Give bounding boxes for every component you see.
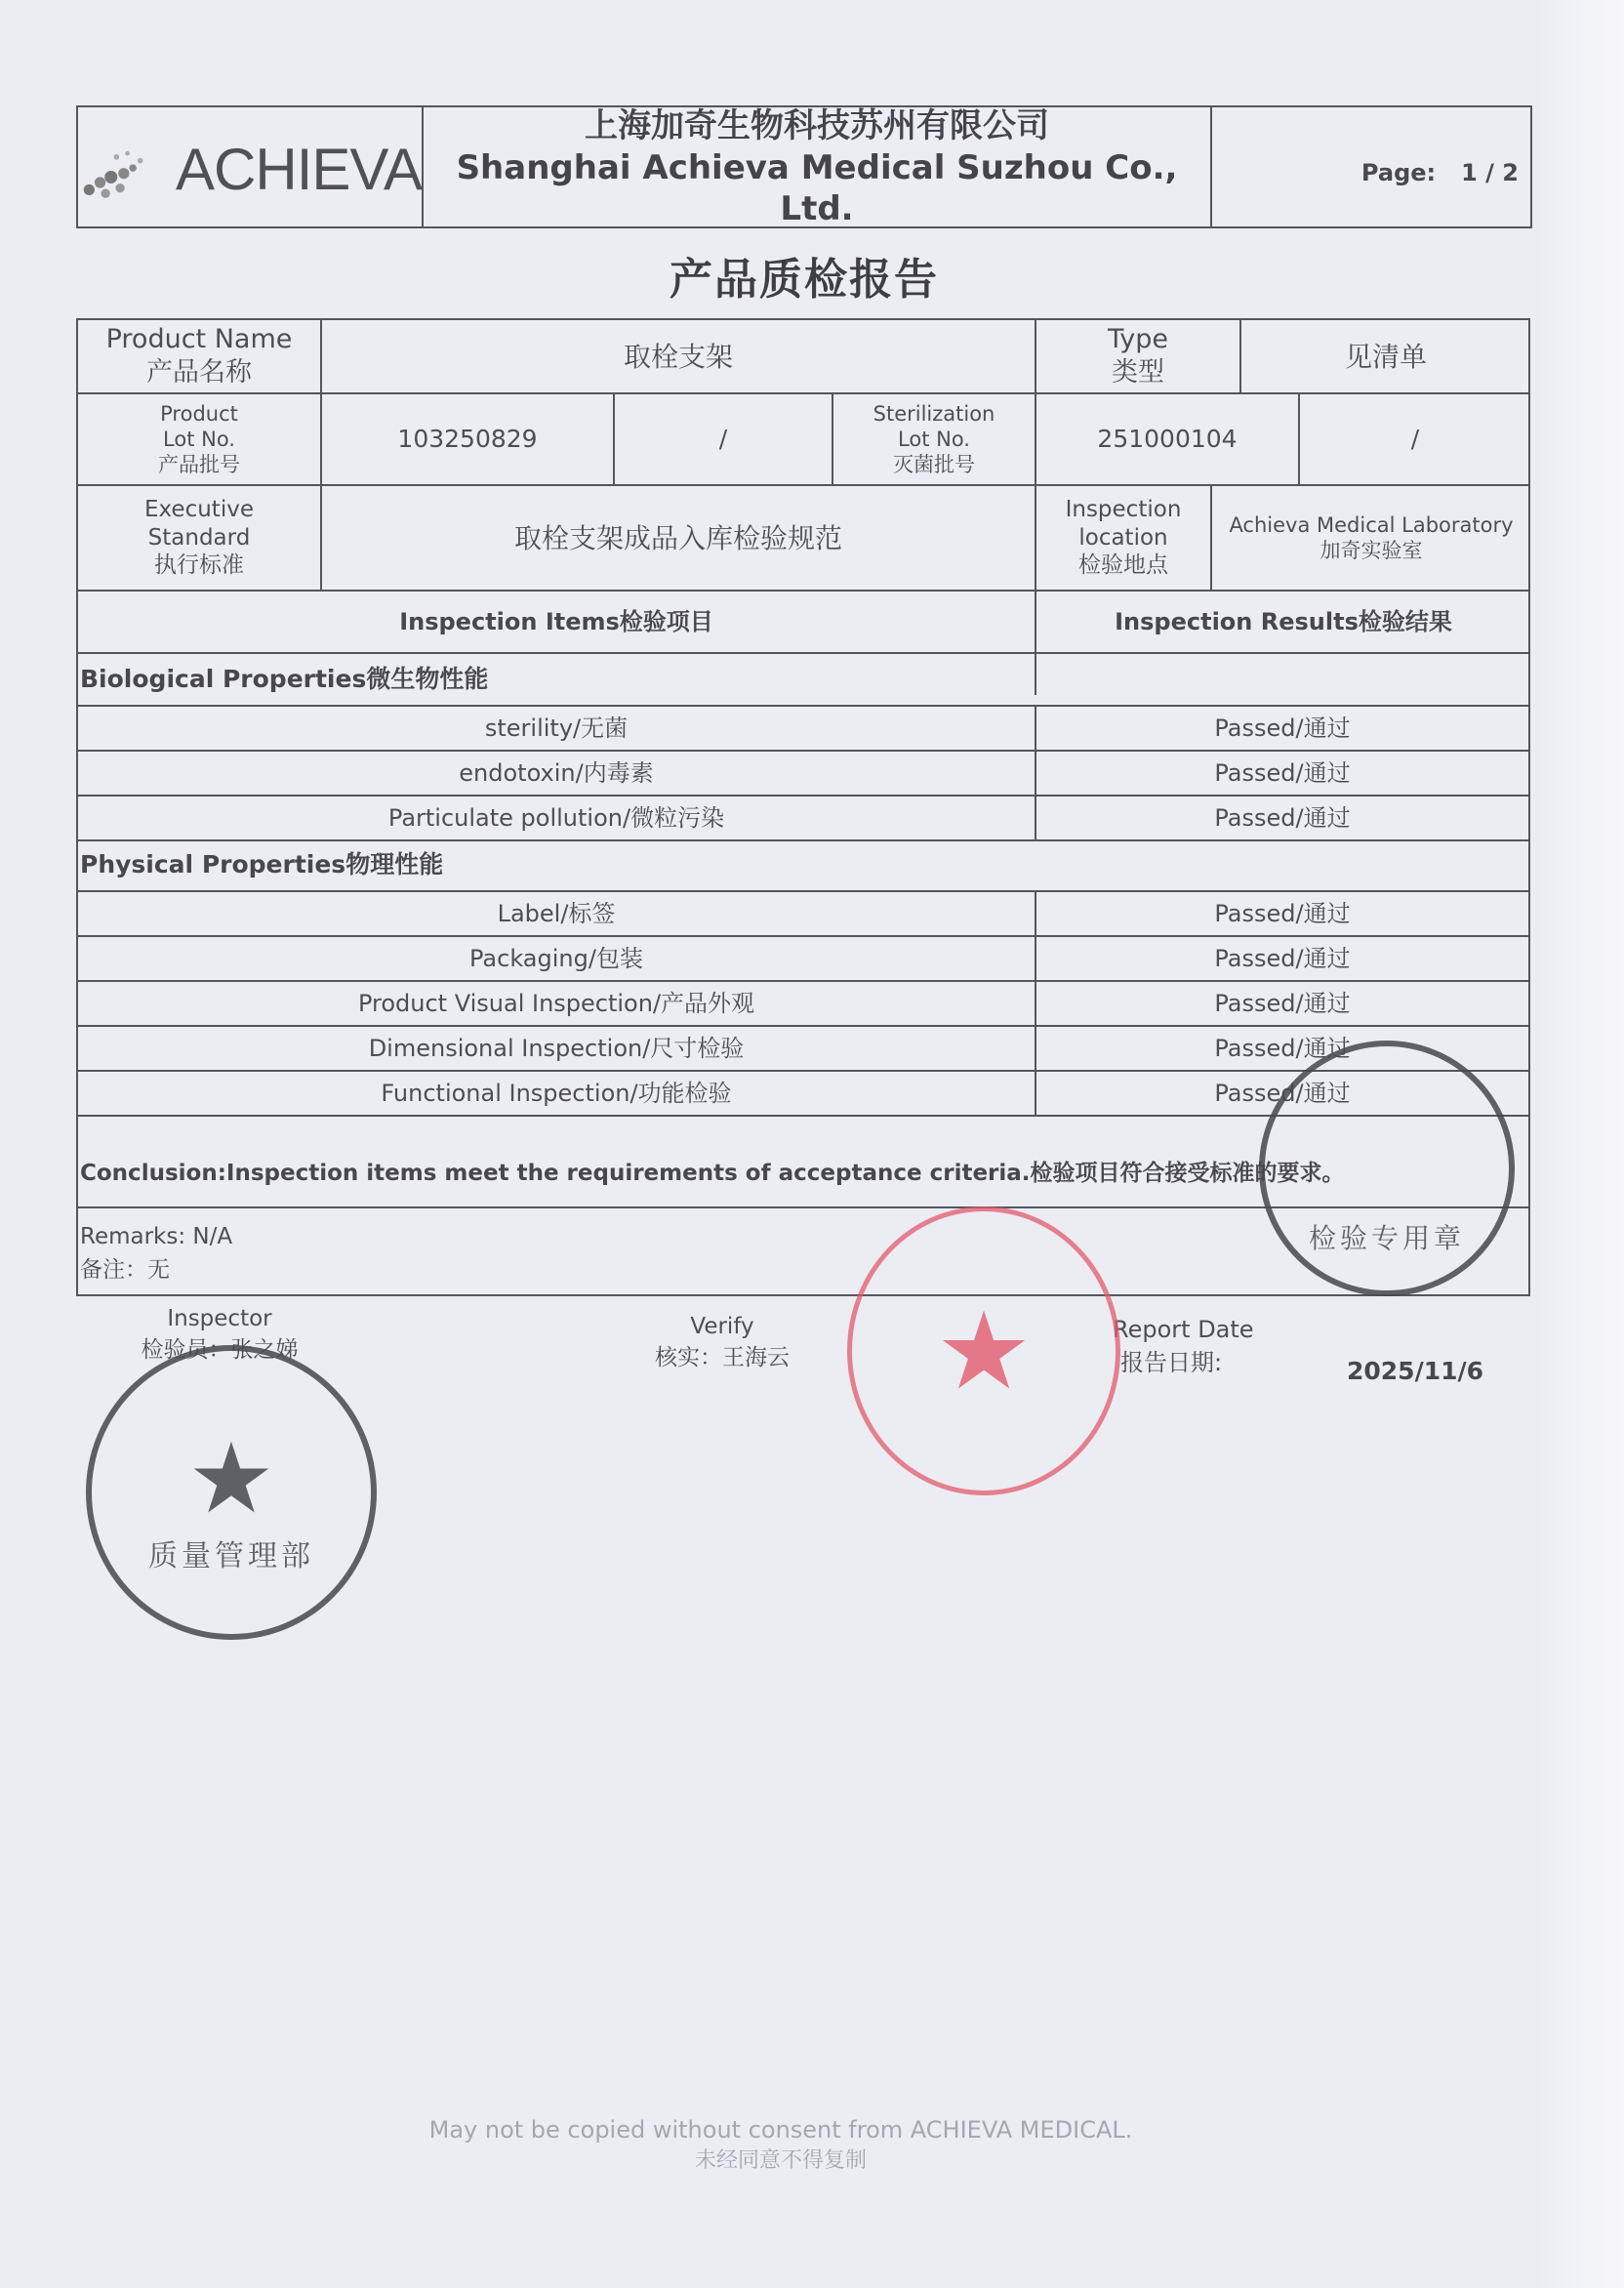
star-icon: ★ (936, 1297, 1033, 1405)
copy-notice-cn: 未经同意不得复制 (695, 2144, 867, 2174)
page-label: Page: (1361, 158, 1436, 187)
label-en: Inspection (1066, 496, 1182, 524)
section-title: Biological Properties微生物性能 (78, 654, 1528, 705)
label-en: location (1078, 524, 1167, 552)
location-en: Achieva Medical Laboratory (1229, 512, 1513, 538)
company-name: 上海加奇生物科技苏州有限公司 Shanghai Achieva Medical … (424, 109, 1210, 226)
inspection-result: Passed/通过 (1036, 797, 1528, 839)
report-date-label: Report Date 报告日期: (1113, 1316, 1254, 1377)
type-label: Type 类型 (1036, 320, 1239, 392)
page-value: 1 / 2 (1461, 158, 1519, 187)
remarks-cn: 备注：无 (80, 1253, 232, 1287)
type-value: 见清单 (1241, 320, 1530, 392)
copy-notice: May not be copied without consent from A… (390, 2116, 1171, 2174)
product-lot-label: Product Lot No. 产品批号 (78, 394, 320, 484)
inspection-item: endotoxin/内毒素 (78, 752, 1035, 795)
sterilization-lot-value: 251000104 (1036, 394, 1298, 484)
inspection-item: sterility/无菌 (78, 707, 1035, 750)
location-cn: 加奇实验室 (1320, 538, 1423, 563)
label-cn: 执行标准 (154, 552, 244, 580)
verify-label: Verify (690, 1314, 753, 1339)
label-en: Type (1108, 323, 1168, 356)
inspection-result: Passed/通过 (1036, 707, 1528, 750)
page-indicator: Page: 1 / 2 (1212, 109, 1530, 226)
inspection-result: Passed/通过 (1036, 982, 1528, 1025)
label-en: Standard (148, 524, 251, 552)
inspection-item: Functional Inspection/功能检验 (78, 1072, 1035, 1115)
label-cn: 灭菌批号 (893, 452, 975, 477)
label-en: Product Name (106, 323, 293, 356)
product-name-label: Product Name 产品名称 (78, 320, 320, 392)
inspection-result: Passed/通过 (1036, 937, 1528, 980)
copy-notice-en: May not be copied without consent from A… (429, 2116, 1133, 2144)
inspection-item: Label/标签 (78, 892, 1035, 935)
location-label: Inspection location 检验地点 (1036, 486, 1210, 590)
verify-name: 核实：王海云 (655, 1339, 790, 1371)
company-name-en: Shanghai Achieva Medical Suzhou Co., Ltd… (424, 147, 1210, 230)
inspector-label: Inspector (167, 1306, 271, 1331)
sterilization-lot-label: Sterilization Lot No. 灭菌批号 (833, 394, 1035, 484)
section-title: Physical Properties物理性能 (78, 839, 1528, 890)
label-cn: 检验地点 (1078, 552, 1168, 580)
col-divider (1035, 890, 1036, 1115)
inspection-result: Passed/通过 (1036, 752, 1528, 795)
quality-dept-text: 质量管理部 (148, 1532, 314, 1574)
product-lot-value: 103250829 (322, 394, 613, 484)
label-en: Executive (144, 496, 254, 524)
inspection-seal-stamp: 检验专用章 (1259, 1041, 1515, 1296)
col-divider (1035, 705, 1036, 839)
report-title: 产品质检报告 (76, 244, 1532, 314)
label-en: Lot No. (163, 427, 235, 452)
standard-value: 取栓支架成品入库检验规范 (322, 486, 1035, 590)
label-cn: 产品名称 (146, 356, 252, 389)
remarks: Remarks: N/A 备注：无 (80, 1220, 232, 1287)
star-icon: ★ (187, 1430, 275, 1528)
sterilization-lot-extra: / (1300, 394, 1530, 484)
achieva-logo: ACHIEVA (80, 115, 422, 223)
company-name-cn: 上海加奇生物科技苏州有限公司 (585, 105, 1049, 147)
label-en: Sterilization (873, 401, 995, 427)
col-header-results: Inspection Results检验结果 (1036, 592, 1530, 652)
inspection-item: Packaging/包装 (78, 937, 1035, 980)
quality-dept-stamp: ★ 质量管理部 (86, 1345, 377, 1640)
col-header-items: Inspection Items检验项目 (78, 592, 1035, 652)
standard-label: Executive Standard 执行标准 (78, 486, 320, 590)
inspection-seal-text: 检验专用章 (1309, 1217, 1465, 1256)
report-date-value: 2025/11/6 (1347, 1357, 1483, 1385)
remarks-en: Remarks: N/A (80, 1220, 232, 1253)
label-en: Lot No. (898, 427, 970, 452)
label-en: Product (160, 401, 238, 427)
logo-dots-icon (80, 135, 162, 203)
inspection-item: Particulate pollution/微粒污染 (78, 797, 1035, 839)
inspection-item: Dimensional Inspection/尺寸检验 (78, 1027, 1035, 1070)
label-cn: 产品批号 (158, 452, 240, 477)
product-name-value: 取栓支架 (322, 320, 1035, 392)
inspection-result: Passed/通过 (1036, 892, 1528, 935)
location-value: Achieva Medical Laboratory 加奇实验室 (1212, 486, 1530, 590)
verify-signature: Verify 核实：王海云 (615, 1314, 830, 1371)
label-cn: 类型 (1112, 356, 1164, 389)
company-red-stamp: ★ (847, 1206, 1120, 1495)
report-date-label-cn: 报告日期: (1120, 1343, 1254, 1377)
report-title-text: 产品质检报告 (670, 253, 939, 306)
page-edge-shade (1536, 0, 1624, 2288)
logo-wordmark: ACHIEVA (176, 136, 422, 203)
report-date-label-en: Report Date (1113, 1316, 1254, 1343)
product-lot-extra: / (615, 394, 832, 484)
inspection-item: Product Visual Inspection/产品外观 (78, 982, 1035, 1025)
